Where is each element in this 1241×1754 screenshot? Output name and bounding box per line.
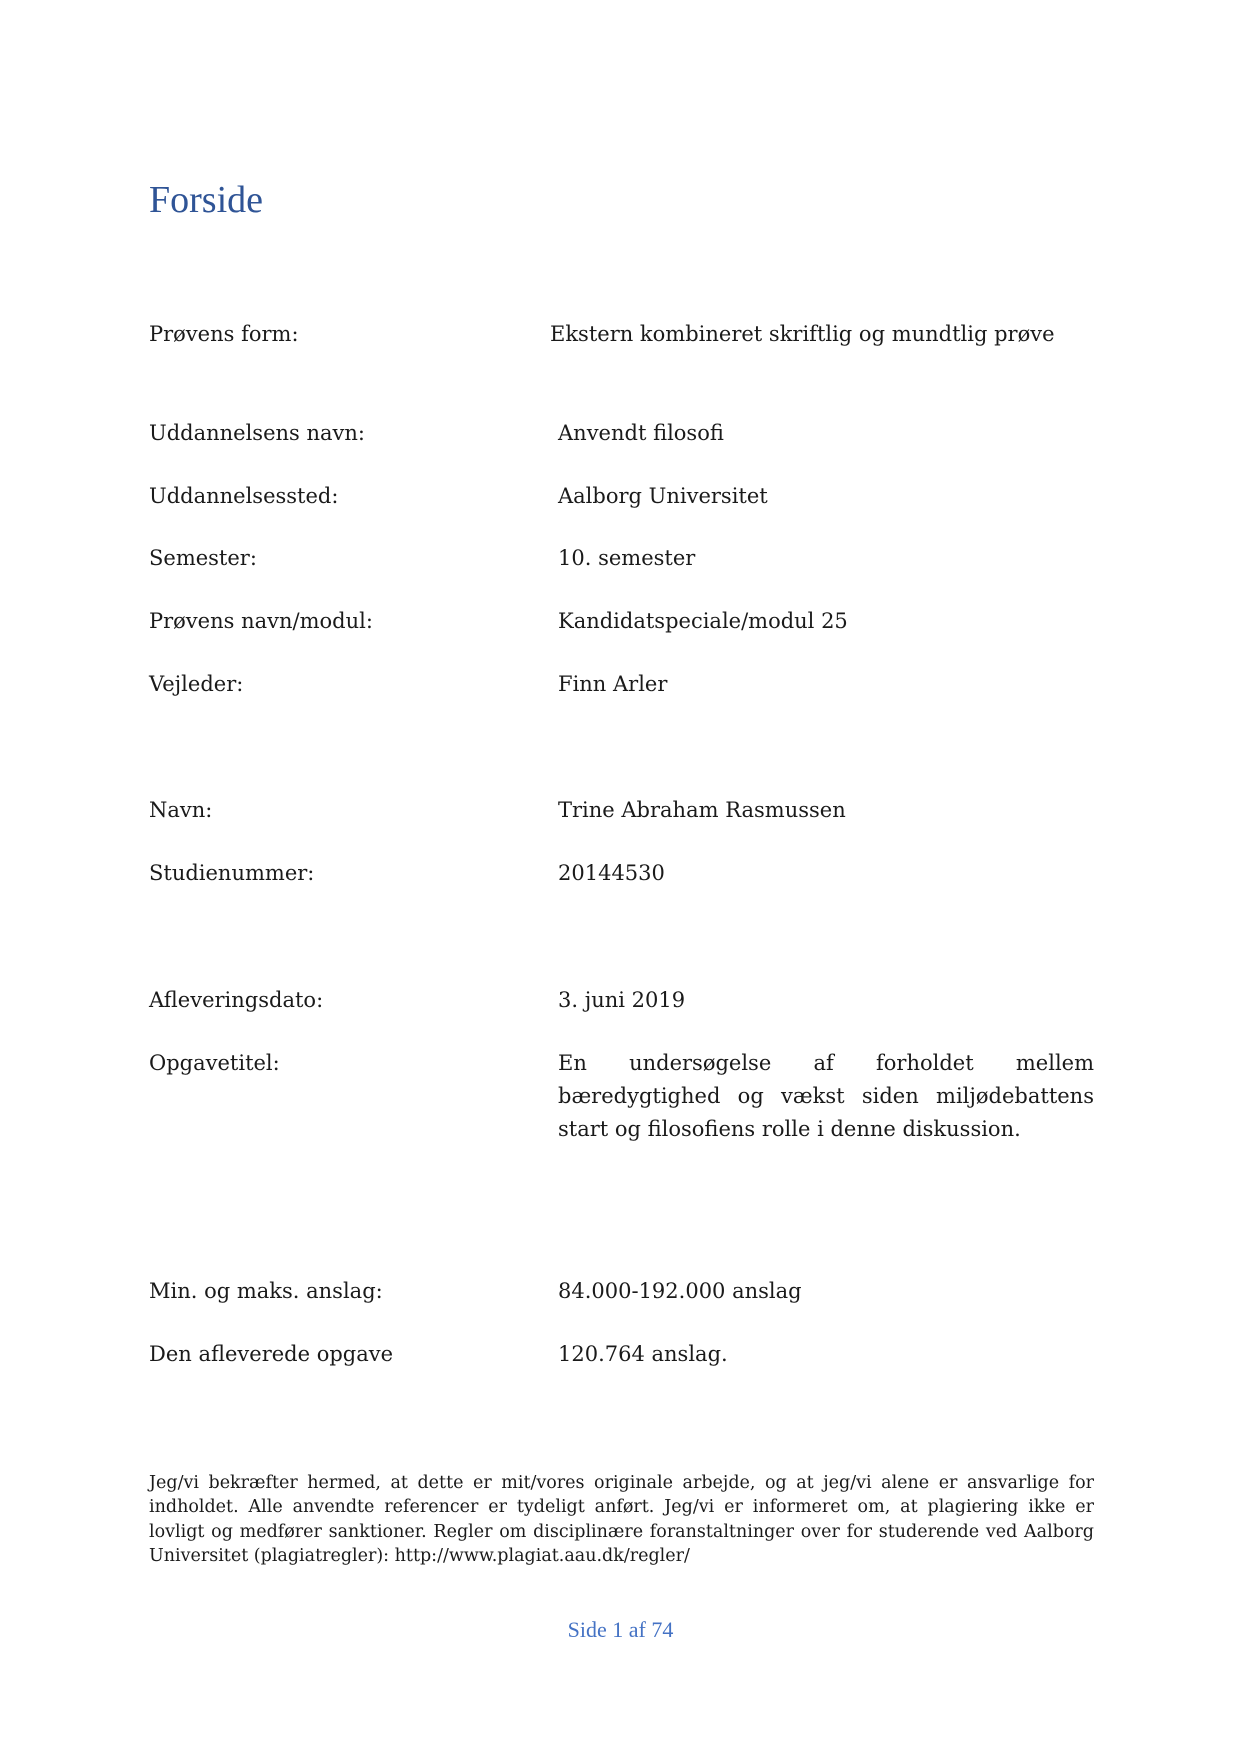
field-label: Prøvens navn/modul: (149, 605, 539, 638)
field-value: 84.000-192.000 anslag (558, 1275, 1094, 1308)
field-value: Trine Abraham Rasmussen (558, 794, 1094, 827)
field-label: Afleveringsdato: (149, 984, 539, 1017)
field-value: En undersøgelse af forholdet mellem bære… (558, 1047, 1094, 1146)
field-value: Kandidatspeciale/modul 25 (558, 605, 1094, 638)
field-value: Finn Arler (558, 668, 1094, 701)
field-label: Opgavetitel: (149, 1047, 539, 1080)
field-value: 20144530 (558, 857, 1094, 890)
field-label: Semester: (149, 542, 539, 575)
field-label: Uddannelsens navn: (149, 417, 539, 450)
field-value: 10. semester (558, 542, 1094, 575)
field-label: Studienummer: (149, 857, 539, 890)
field-label: Vejleder: (149, 668, 539, 701)
field-label: Prøvens form: (149, 318, 539, 351)
plagiarism-disclaimer: Jeg/vi bekræfter hermed, at dette er mit… (149, 1471, 1094, 1569)
page-number: Side 1 af 74 (0, 1616, 1241, 1644)
field-value: Aalborg Universitet (558, 480, 1094, 513)
field-label: Navn: (149, 794, 539, 827)
field-value: 3. juni 2019 (558, 984, 1094, 1017)
field-label: Min. og maks. anslag: (149, 1275, 539, 1308)
page-title: Forside (149, 178, 263, 222)
field-value: Ekstern kombineret skriftlig og mundtlig… (550, 318, 1094, 351)
field-value: 120.764 anslag. (558, 1338, 1094, 1371)
field-label: Uddannelsessted: (149, 480, 539, 513)
field-label: Den afleverede opgave (149, 1338, 539, 1371)
field-value: Anvendt filosofi (558, 417, 1094, 450)
